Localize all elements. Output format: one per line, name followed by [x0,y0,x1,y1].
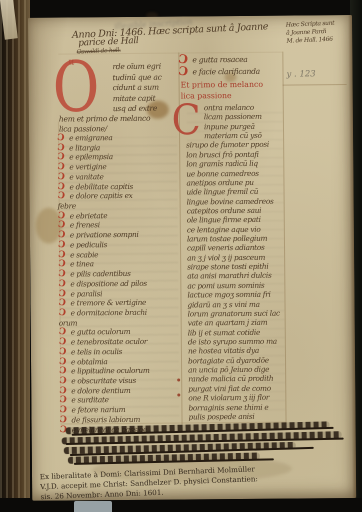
text-line: lingue bovine camedreos [187,196,289,206]
text-line: de isto syrupo summo ma [188,337,290,347]
list-item-label: febre [58,201,76,210]
ownership-note-1466: Anno Dni: 1466. Hæc scripta sunt â Joann… [72,21,269,56]
paragraph-mark-icon: Ɔ [178,66,193,79]
opening-text-full-width: hem et primo de melancolica passione/ [59,113,185,134]
list-item: Ɔe gutta rosacea [178,54,288,67]
manuscript-page: illegible inscription Anno Dni: 1466. Hæ… [28,15,356,501]
list-item: Ɔe facie clarificanda [178,66,288,79]
ex-libris-1601: Ex liberalitate à Domi: Clarissimi Dni B… [40,460,361,502]
list-item-label: e telis in oculis [71,347,122,356]
margin-note-line3: M. de Hall. 1466 [286,35,352,46]
list-item-label: orum [59,318,78,327]
margin-ruling-line [283,84,347,86]
list-item-label: e fetore narium [71,405,125,414]
list-item-label: e tremore & vertigine [70,298,146,308]
list-item-label: e scabie [70,250,98,259]
chapter-list: Ɔe emigraneaƆe litargiaƆe epilempsiaƆe v… [57,132,186,434]
list-item-label: e dolore capitis ex [70,191,133,201]
list-item-label: e paralisi [70,289,102,298]
chapter-list-continuation: Ɔe gutta rosaceaƆe facie clarificanda [178,54,288,79]
list-item-label: e privatione sompni [70,230,139,240]
book-spine [0,0,30,512]
list-item-label: e frenesi [70,221,100,230]
text-line: lorum granatorum suci lac [188,308,290,318]
main-text-column: ontra melancolicam passioneminpune purge… [186,103,291,422]
opening-line: tudinū que ac [112,72,182,83]
list-item-label: e obscuritate visus [71,376,136,386]
opening-line: rde oīum egri [112,61,182,72]
list-item-label: e tinea [70,260,94,269]
list-item-label: e gutta rosacea [192,55,247,64]
list-item-label: e debilitate capitis [69,182,133,192]
initial-flourish-icon: и [68,57,74,67]
opening-line: cidunt a sum [113,83,183,94]
list-item-label: e dispositione ad pilos [70,279,147,289]
margin-dot-mark [177,394,180,397]
list-item-label: e pilis cadentibus [70,269,130,279]
list-item-label: e gutta oculorum [71,327,131,337]
list-item-label: e vanitate [69,172,103,181]
list-item-label: e vertigine [69,162,106,171]
list-item-label: e lippitudine oculorum [71,366,150,376]
foliation-number: y . 123 [286,69,315,79]
text-line: pulis pospede anisi [188,411,290,421]
list-item-label: e tenebrositate oculor [71,337,147,347]
list-item-label: e dormitacione brachi [71,308,147,318]
bottom-page-fragment [74,501,112,512]
list-item-label: de fissuris labiorum [71,415,140,425]
list-item-label: e dolore dentium [71,386,130,396]
list-item-label: e obtalmia [71,357,107,366]
list-item-label: e emigranea [69,133,112,142]
list-item-label: e epilempsia [69,153,113,162]
list-item-label: e facie clarificanda [192,67,259,77]
list-item-label: e ebrietate [70,211,108,220]
margin-note: Hæc Scripta sunt â Joanne Pardi M. de Ha… [286,19,353,46]
list-item-label: e litargia [69,143,100,152]
margin-dot-mark [177,379,180,382]
initial-O: O [52,54,99,122]
list-item-label: e pediculis [70,240,107,249]
list-item-label: e surditate [71,396,108,405]
